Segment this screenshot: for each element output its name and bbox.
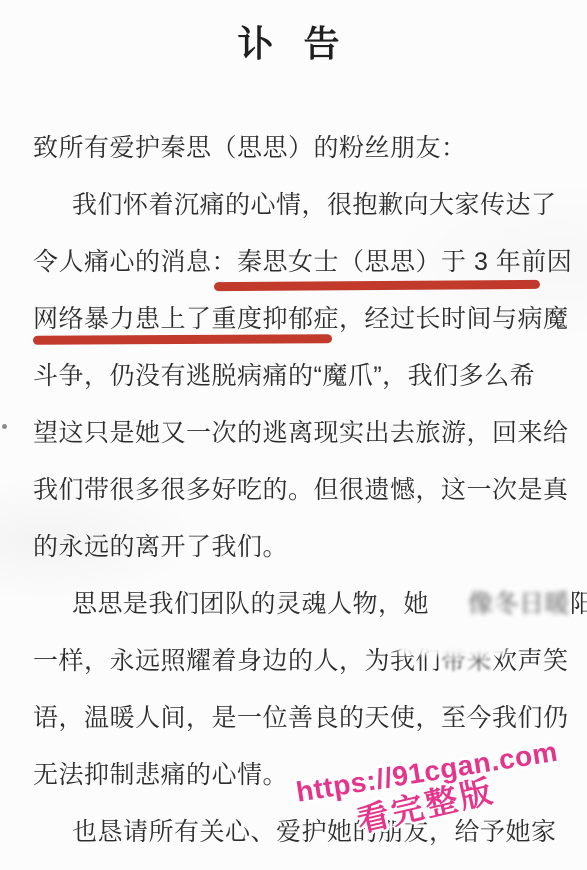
text-segment: 斗争，仍没有逃脱病痛的“魔爪”，我们多么希 (33, 362, 535, 390)
document-line: 也恳请所有关心、爱护她的朋友，给予她家 (33, 804, 560, 861)
document-line: 致所有爱护秦思（思思）的粉丝朋友： (33, 120, 560, 177)
text-segment: 也恳请所有关心、爱护她的朋友，给予她家 (72, 818, 557, 846)
document-title: 讣 告 (0, 16, 587, 67)
document-page: 讣 告 致所有爱护秦思（思思）的粉丝朋友：我们怀着沉痛的心情，很抱歉向大家传达了… (0, 0, 587, 870)
text-segment: 我们带很多很多好吃的。但很遗憾，这一次是真 (33, 476, 569, 504)
text-segment: 思思是我们团队的灵魂人物，她 (72, 590, 429, 618)
document-body: 致所有爱护秦思（思思）的粉丝朋友：我们怀着沉痛的心情，很抱歉向大家传达了令人痛心… (33, 120, 560, 861)
document-line: 思思是我们团队的灵魂人物，她像冬日暖阳 (33, 576, 560, 633)
document-line: 的永远的离开了我们。 (33, 519, 560, 576)
text-segment: 无法抑制悲痛的心情。 (33, 761, 288, 789)
text-segment: 的永远的离开了我们。 (33, 533, 288, 561)
red-underline-2 (33, 334, 332, 345)
text-segment: 我们怀着沉痛的心情，很抱歉向大家传达了 (72, 191, 557, 219)
stray-mark (2, 424, 7, 429)
document-line: 语，温暖人间，是一位善良的天使，至今我们仍 (33, 690, 560, 747)
text-segment: 致所有爱护秦思（思思）的粉丝朋友： (33, 134, 467, 162)
text-segment: 阳 (570, 590, 587, 618)
text-segment: 望这只是她又一次的逃离现实出去旅游，回来给 (33, 419, 569, 447)
blurred-text-segment: 像冬日暖 (429, 576, 570, 633)
smudge-overlay (398, 642, 506, 655)
document-line: 我们怀着沉痛的心情，很抱歉向大家传达了 (33, 177, 560, 234)
document-line: 斗争，仍没有逃脱病痛的“魔爪”，我们多么希 (33, 348, 560, 405)
document-line: 无法抑制悲痛的心情。 (33, 747, 560, 804)
text-segment: 令人痛心的消息：秦思女士（思思）于 3 年前因 (33, 248, 572, 276)
text-segment: 一样，永远照耀着身边的人，为我们 (33, 647, 441, 675)
text-segment: 网络暴力患上了重度抑郁症，经过长时间与病魔 (33, 305, 569, 333)
text-segment: 语，温暖人间，是一位善良的天使，至今我们仍 (33, 704, 569, 732)
document-line: 我们带很多很多好吃的。但很遗憾，这一次是真 (33, 462, 560, 519)
document-line: 望这只是她又一次的逃离现实出去旅游，回来给 (33, 405, 560, 462)
